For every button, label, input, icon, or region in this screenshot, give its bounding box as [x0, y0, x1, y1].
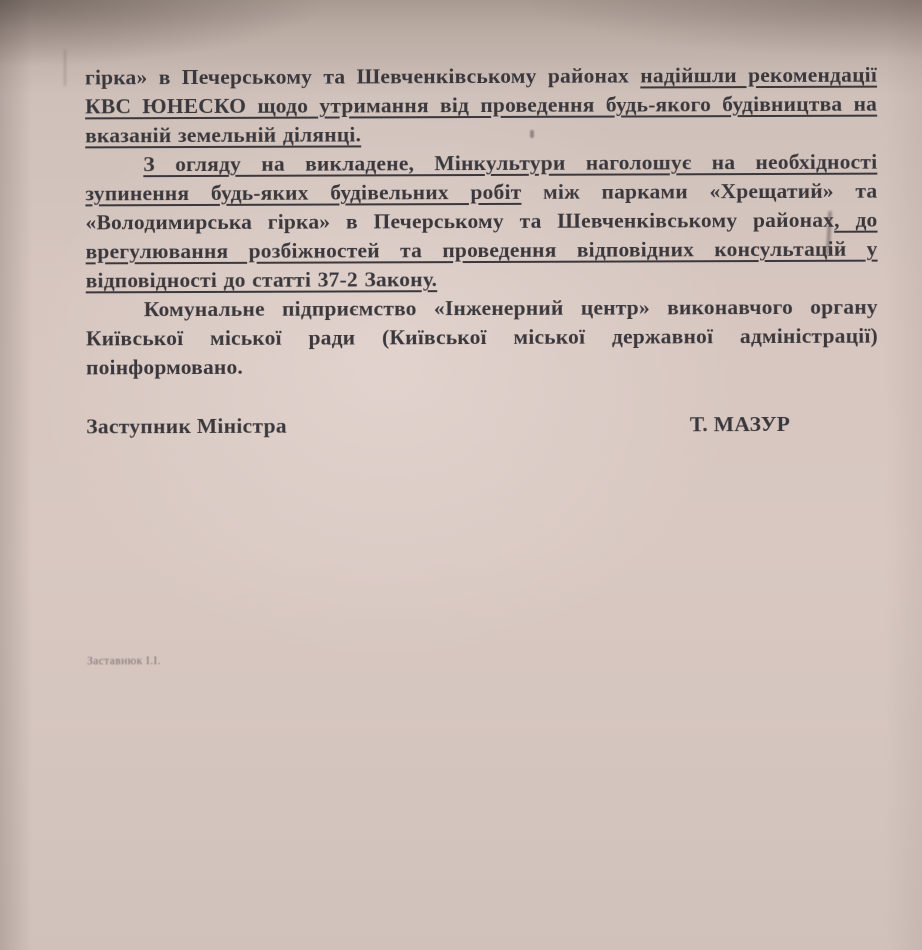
letter-content: гірка» в Печерському та Шевченківському … [85, 61, 879, 668]
executor-note: Заставнюк І.І. [87, 653, 879, 668]
signer-title: Заступник Міністра [86, 412, 287, 442]
signature-row: Заступник Міністра Т. МАЗУР [86, 410, 878, 442]
paragraph-enterprise-informed: Комунальне підприємство «Інженерний цент… [86, 293, 878, 383]
paragraph-unesco-recommendation: гірка» в Печерському та Шевченківському … [85, 61, 877, 151]
scanned-letter-page: гірка» в Печерському та Шевченківському … [0, 0, 922, 950]
text-run: гірка» в Печерському та Шевченківському … [85, 63, 640, 89]
paragraph-construction-halt: З огляду на викладене, Мінкультури нагол… [85, 148, 878, 296]
signer-name: Т. МАЗУР [690, 410, 790, 439]
text-run: Комунальне підприємство «Інженерний цент… [86, 295, 878, 380]
letter-body: гірка» в Печерському та Шевченківському … [85, 61, 878, 383]
paper-crease [64, 50, 66, 86]
